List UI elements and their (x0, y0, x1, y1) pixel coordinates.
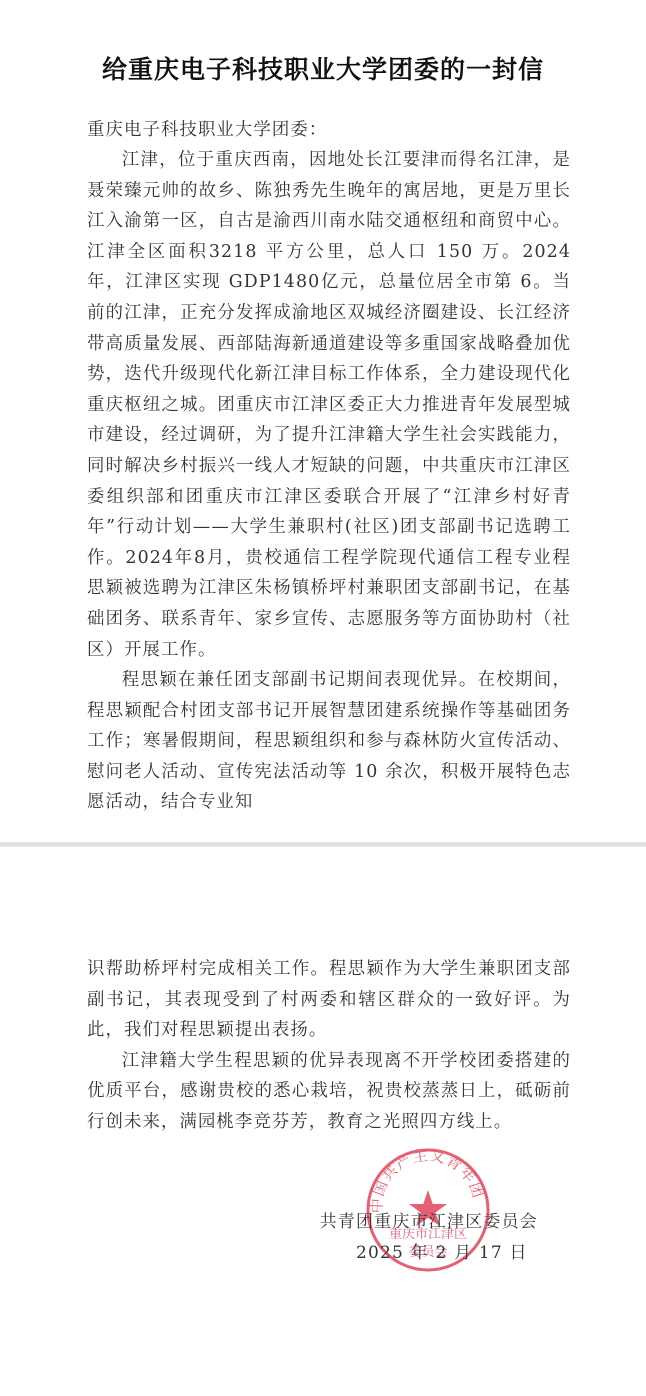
salutation: 重庆电子科技职业大学团委： (87, 115, 571, 146)
paragraph-performance-continued: 识帮助桥坪村完成相关工作。程思颖作为大学生兼职团支部副书记，其表现受到了村两委和… (87, 954, 571, 1046)
signature-organization: 共青团重庆市江津区委员会 (320, 1207, 538, 1232)
page2-body: 识帮助桥坪村完成相关工作。程思颖作为大学生兼职团支部副书记，其表现受到了村两委和… (87, 954, 571, 1138)
paragraph-performance: 程思颖在兼任团支部副书记期间表现优异。在校期间，程思颖配合村团支部书记开展智慧团… (87, 665, 571, 818)
paragraph-intro: 江津，位于重庆西南，因地处长江要津而得名江津，是聂荣臻元帅的故乡、陈独秀先生晚年… (87, 145, 571, 665)
document-page-1: 给重庆电子科技职业大学团委的一封信 重庆电子科技职业大学团委： 江津，位于重庆西… (0, 0, 646, 842)
document-page-2: 识帮助桥坪村完成相关工作。程思颖作为大学生兼职团支部副书记，其表现受到了村两委和… (0, 847, 646, 1396)
paragraph-thanks: 江津籍大学生程思颖的优异表现离不开学校团委搭建的优质平台，感谢贵校的悉心栽培，祝… (87, 1046, 571, 1138)
signature-date: 2025 年 2 月 17 日 (356, 1238, 528, 1263)
letter-title: 给重庆电子科技职业大学团委的一封信 (0, 50, 646, 86)
page1-body: 江津，位于重庆西南，因地处长江要津而得名江津，是聂荣臻元帅的故乡、陈独秀先生晚年… (87, 145, 571, 818)
